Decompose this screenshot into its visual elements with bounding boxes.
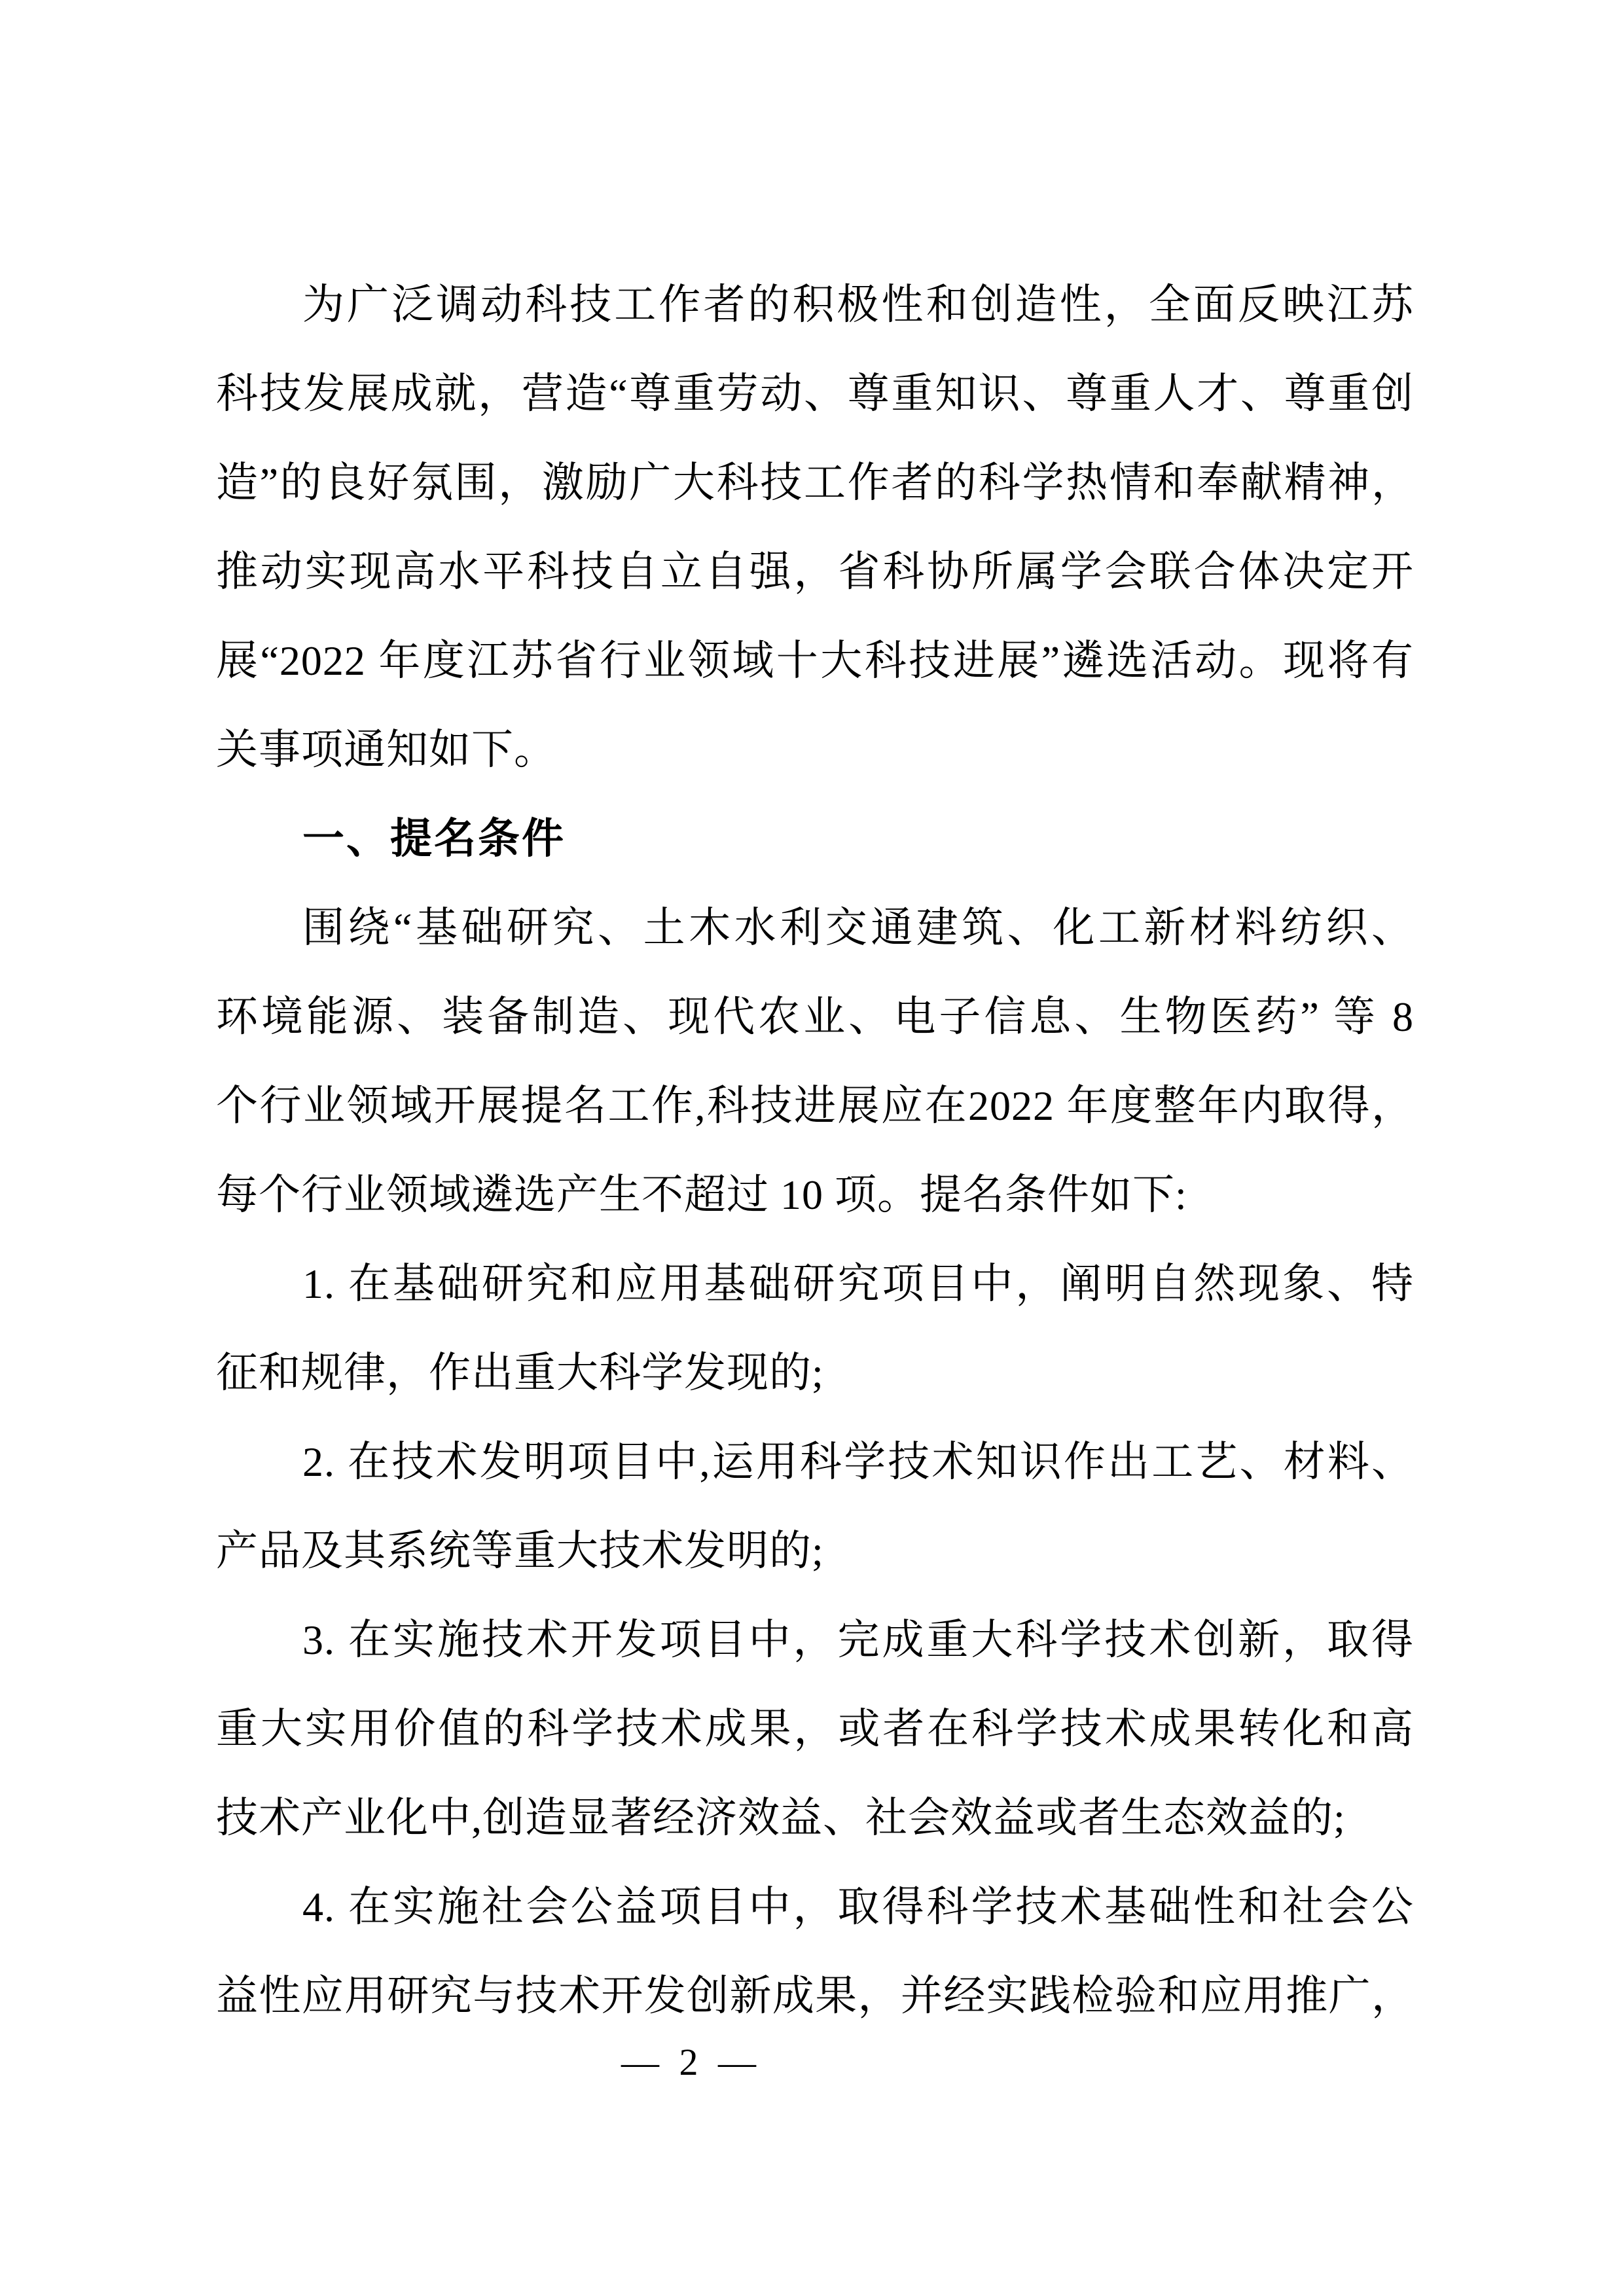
text-line: 科技发展成就，营造“尊重劳动、尊重知识、尊重人才、尊重创 <box>216 350 1414 439</box>
text-line-item-1: 1. 在基础研究和应用基础研究项目中，阐明自然现象、特 <box>216 1240 1414 1329</box>
section-heading-nomination-criteria: 一、提名条件 <box>216 795 1414 884</box>
text-line-item-3: 3. 在实施技术开发项目中，完成重大科学技术创新，取得 <box>216 1596 1414 1685</box>
text-line: 每个行业领域遴选产生不超过 10 项。提名条件如下: <box>216 1151 1414 1240</box>
page-number: — 2 — <box>621 2043 761 2081</box>
text-line: 产品及其系统等重大技术发明的; <box>216 1507 1414 1596</box>
text-line: 关事项通知如下。 <box>216 706 1414 795</box>
document-page: 为广泛调动科技工作者的积极性和创造性，全面反映江苏 科技发展成就，营造“尊重劳动… <box>0 0 1624 2296</box>
text-line: 个行业领域开展提名工作,科技进展应在2022 年度整年内取得， <box>216 1062 1414 1151</box>
text-line-item-2: 2. 在技术发明项目中,运用科学技术知识作出工艺、材料、 <box>216 1418 1414 1507</box>
text-line: 造”的良好氛围，激励广大科技工作者的科学热情和奉献精神， <box>216 439 1414 528</box>
text-line: 为广泛调动科技工作者的积极性和创造性，全面反映江苏 <box>216 260 1414 350</box>
text-line: 推动实现高水平科技自立自强，省科协所属学会联合体决定开 <box>216 528 1414 617</box>
text-line: 技术产业化中,创造显著经济效益、社会效益或者生态效益的; <box>216 1774 1414 1863</box>
text-line: 环境能源、装备制造、现代农业、电子信息、生物医药” 等 8 <box>216 973 1414 1062</box>
text-line: 重大实用价值的科学技术成果，或者在科学技术成果转化和高 <box>216 1685 1414 1774</box>
text-line: 围绕“基础研究、土木水利交通建筑、化工新材料纺织、 <box>216 884 1414 973</box>
text-line: 征和规律，作出重大科学发现的; <box>216 1329 1414 1418</box>
document-body-text: 为广泛调动科技工作者的积极性和创造性，全面反映江苏 科技发展成就，营造“尊重劳动… <box>216 260 1414 2041</box>
text-line: 益性应用研究与技术开发创新成果，并经实践检验和应用推广， <box>216 1952 1414 2041</box>
text-line-item-4: 4. 在实施社会公益项目中，取得科学技术基础性和社会公 <box>216 1863 1414 1952</box>
text-line: 展“2022 年度江苏省行业领域十大科技进展”遴选活动。现将有 <box>216 617 1414 706</box>
